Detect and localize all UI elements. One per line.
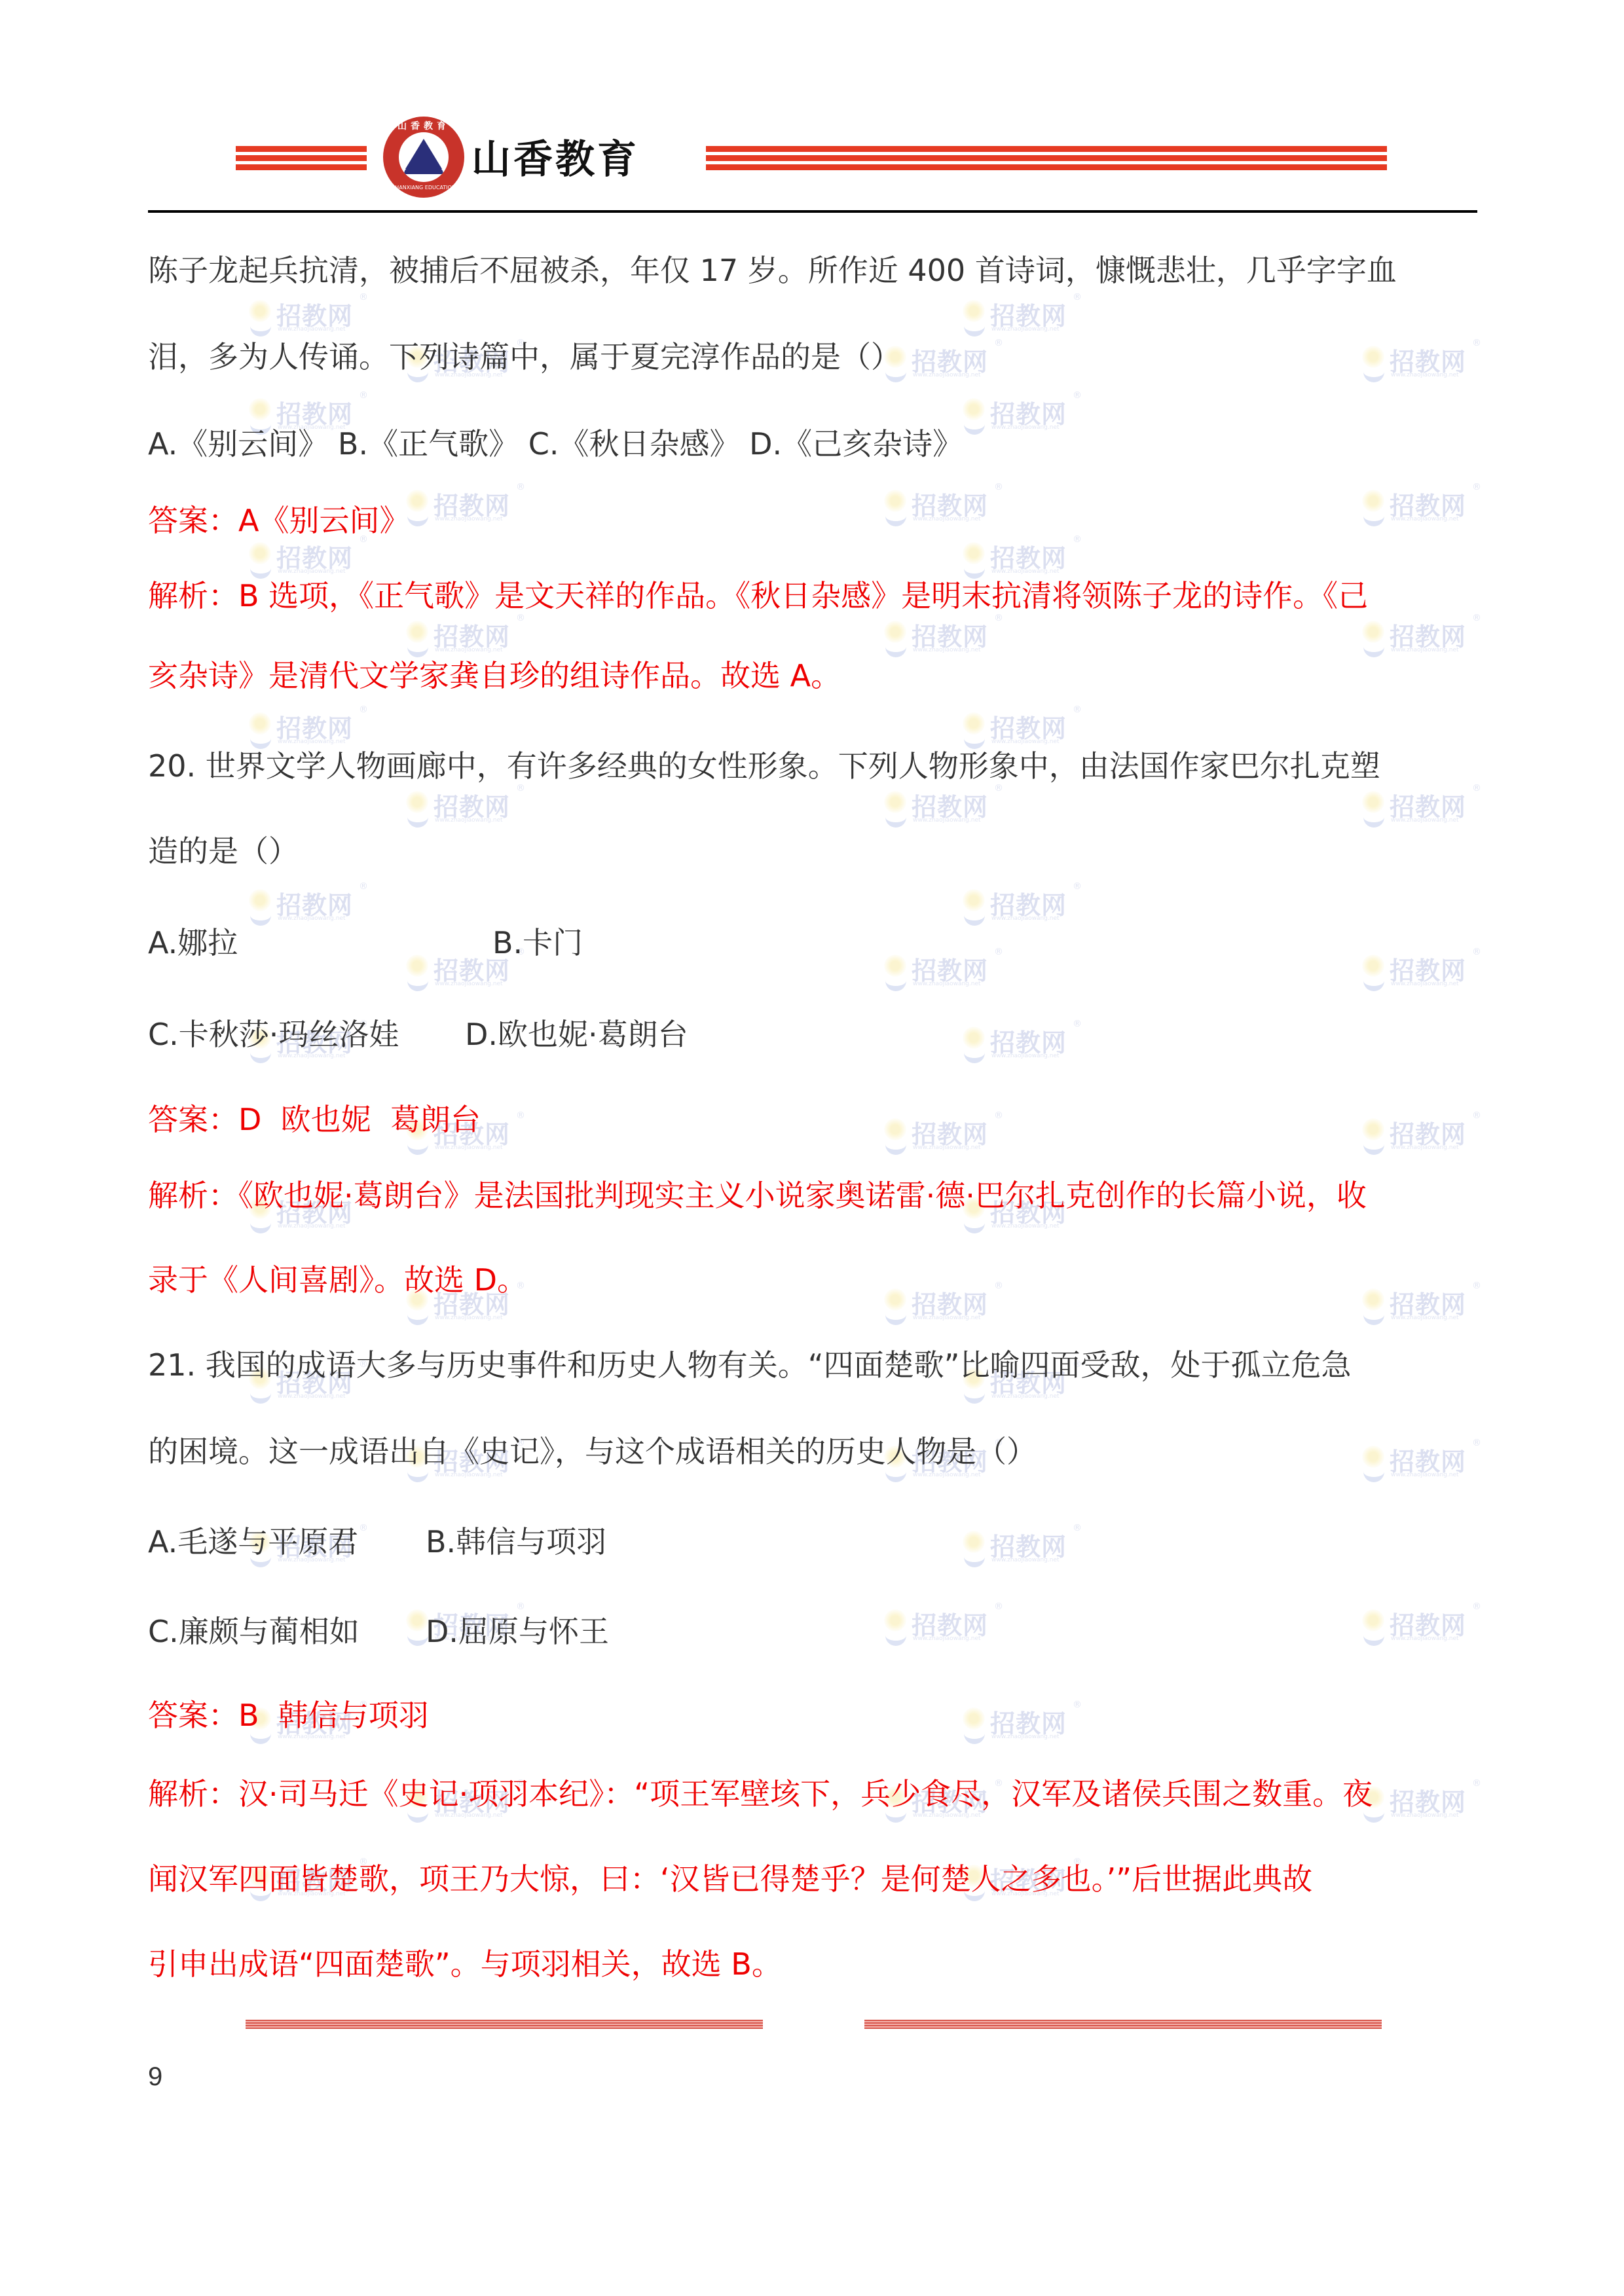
sun-icon bbox=[963, 1531, 985, 1553]
watermark-url: www.zhaojiaowang.net bbox=[991, 424, 1060, 431]
watermark-url: www.zhaojiaowang.net bbox=[913, 1144, 981, 1151]
leaf-icon bbox=[964, 556, 985, 579]
q21-analysis-line-1: 解析：汉·司马迁《史记·项羽本纪》：“项王军壁垓下，兵少食尽，汉军及诸侯兵围之数… bbox=[148, 1774, 1373, 1813]
watermark-url: www.zhaojiaowang.net bbox=[913, 1635, 981, 1642]
logo-emblem bbox=[399, 132, 449, 182]
watermark-text: 招教网 bbox=[990, 538, 1067, 574]
watermark-url: www.zhaojiaowang.net bbox=[1391, 1144, 1459, 1151]
watermark-text: 招教网 bbox=[276, 538, 353, 574]
footer-stripe-left bbox=[246, 2020, 763, 2029]
leaf-icon bbox=[964, 1722, 985, 1744]
leaf-icon bbox=[407, 504, 428, 526]
sun-icon bbox=[249, 712, 271, 735]
watermark-url: www.zhaojiaowang.net bbox=[278, 1223, 346, 1230]
q20-analysis-line-2: 录于《人间喜剧》。故选 D。 bbox=[148, 1260, 527, 1300]
watermark-logo: 招教网®www.zhaojiaowang.net bbox=[1362, 1113, 1493, 1159]
registered-icon: ® bbox=[516, 482, 525, 492]
q19-stem-line-2: 泪，多为人传诵。下列诗篇中，属于夏完淳作品的是（） bbox=[148, 337, 901, 376]
watermark-url: www.zhaojiaowang.net bbox=[913, 1315, 981, 1321]
leaf-icon bbox=[885, 1303, 906, 1325]
q20-stem-line-2: 造的是（） bbox=[148, 831, 299, 871]
q20-analysis-line-1: 解析：《欧也妮·葛朗台》是法国批判现实主义小说家奥诺雷·德·巴尔扎克创作的长篇小… bbox=[148, 1176, 1367, 1215]
registered-icon: ® bbox=[359, 704, 368, 715]
watermark-url: www.zhaojiaowang.net bbox=[1391, 516, 1459, 522]
registered-icon: ® bbox=[994, 1281, 1003, 1291]
watermark-logo: 招教网®www.zhaojiaowang.net bbox=[406, 786, 537, 831]
watermark-url: www.zhaojiaowang.net bbox=[1391, 647, 1459, 653]
watermark-logo: 招教网®www.zhaojiaowang.net bbox=[884, 484, 1015, 530]
watermark-url: www.zhaojiaowang.net bbox=[991, 738, 1060, 745]
watermark-url: www.zhaojiaowang.net bbox=[913, 647, 981, 653]
registered-icon: ® bbox=[359, 390, 368, 401]
watermark-logo: 招教网®www.zhaojiaowang.net bbox=[1362, 1781, 1493, 1827]
q21-option-a: A.毛遂与平原君 bbox=[148, 1522, 358, 1561]
watermark-logo: 招教网®www.zhaojiaowang.net bbox=[884, 1283, 1015, 1329]
watermark-url: www.zhaojiaowang.net bbox=[991, 1223, 1060, 1230]
leaf-icon bbox=[1363, 805, 1384, 828]
watermark-text: 招教网 bbox=[1390, 1442, 1466, 1478]
sun-icon bbox=[884, 955, 906, 977]
watermark-url: www.zhaojiaowang.net bbox=[278, 1393, 346, 1400]
sun-icon bbox=[406, 955, 428, 977]
sun-icon bbox=[249, 889, 271, 911]
watermark-url: www.zhaojiaowang.net bbox=[435, 647, 503, 653]
watermark-text: 招教网 bbox=[990, 394, 1067, 430]
leaf-icon bbox=[1363, 1460, 1384, 1482]
q21-analysis-line-2: 闻汉军四面皆楚歌，项王乃大惊，曰：‘汉皆已得楚乎？是何楚人之多也。’”后世据此典… bbox=[148, 1859, 1312, 1899]
logo-ring-text: 山香教育 bbox=[383, 119, 464, 132]
watermark-text: 招教网 bbox=[912, 951, 988, 987]
watermark-url: www.zhaojiaowang.net bbox=[913, 372, 981, 378]
logo-ring-subtext: SHANXIANG EDUCATION bbox=[383, 185, 464, 191]
q21-option-c: C.廉颇与蔺相如 bbox=[148, 1612, 360, 1651]
sun-icon bbox=[1362, 955, 1384, 977]
sun-icon bbox=[249, 542, 271, 564]
leaf-icon bbox=[1363, 1624, 1384, 1646]
leaf-icon bbox=[964, 1381, 985, 1404]
watermark-text: 招教网 bbox=[276, 296, 353, 332]
q20-option-a: A.娜拉 bbox=[148, 923, 238, 962]
watermark-text: 招教网 bbox=[434, 617, 510, 653]
watermark-url: www.zhaojiaowang.net bbox=[1391, 981, 1459, 987]
watermark-text: 招教网 bbox=[1390, 486, 1466, 522]
watermark-text: 招教网 bbox=[990, 296, 1067, 332]
sun-icon bbox=[963, 712, 985, 735]
watermark-logo: 招教网®www.zhaojiaowang.net bbox=[406, 484, 537, 530]
page-number: 9 bbox=[148, 2062, 162, 2092]
leaf-icon bbox=[885, 1624, 906, 1646]
leaf-icon bbox=[250, 556, 271, 579]
q21-stem-line-1: 21. 我国的成语大多与历史事件和历史人物有关。“四面楚歌”比喻四面受敌，处于孤… bbox=[148, 1345, 1351, 1385]
watermark-url: www.zhaojiaowang.net bbox=[991, 1393, 1060, 1400]
registered-icon: ® bbox=[1073, 1523, 1082, 1533]
watermark-logo: 招教网®www.zhaojiaowang.net bbox=[1362, 786, 1493, 831]
q19-analysis-line-2: 亥杂诗》是清代文学家龚自珍的组诗作品。故选 A。 bbox=[148, 656, 841, 695]
watermark-url: www.zhaojiaowang.net bbox=[1391, 1472, 1459, 1478]
watermark-url: www.zhaojiaowang.net bbox=[991, 1734, 1060, 1740]
q20-option-c: C.卡秋莎·玛丝洛娃 bbox=[148, 1015, 399, 1054]
sun-icon bbox=[1362, 791, 1384, 813]
watermark-url: www.zhaojiaowang.net bbox=[991, 326, 1060, 333]
registered-icon: ® bbox=[1073, 292, 1082, 302]
leaf-icon bbox=[250, 727, 271, 749]
watermark-url: www.zhaojiaowang.net bbox=[435, 1144, 503, 1151]
sun-icon bbox=[406, 1609, 428, 1631]
watermark-logo: 招教网®www.zhaojiaowang.net bbox=[406, 615, 537, 661]
watermark-url: www.zhaojiaowang.net bbox=[435, 516, 503, 522]
leaf-icon bbox=[964, 727, 985, 749]
watermark-logo: 招教网®www.zhaojiaowang.net bbox=[1362, 1283, 1493, 1329]
q21-analysis-line-3: 引申出成语“四面楚歌”。与项羽相关，故选 B。 bbox=[148, 1944, 782, 1984]
q21-option-b: B.韩信与项羽 bbox=[426, 1522, 606, 1561]
watermark-text: 招教网 bbox=[990, 1527, 1067, 1563]
registered-icon: ® bbox=[994, 947, 1003, 957]
watermark-logo: 招教网®www.zhaojiaowang.net bbox=[884, 786, 1015, 831]
sun-icon bbox=[1362, 490, 1384, 512]
leaf-icon bbox=[250, 903, 271, 926]
sun-icon bbox=[406, 621, 428, 643]
brand-name: 山香教育 bbox=[471, 128, 639, 185]
sun-icon bbox=[963, 398, 985, 420]
watermark-text: 招教网 bbox=[912, 1114, 988, 1150]
watermark-logo: 招教网®www.zhaojiaowang.net bbox=[963, 1702, 1094, 1748]
leaf-icon bbox=[407, 805, 428, 828]
sun-icon bbox=[1362, 621, 1384, 643]
registered-icon: ® bbox=[1073, 1019, 1082, 1029]
watermark-logo: 招教网®www.zhaojiaowang.net bbox=[884, 340, 1015, 386]
watermark-url: www.zhaojiaowang.net bbox=[435, 981, 503, 987]
leaf-icon bbox=[1363, 504, 1384, 526]
registered-icon: ® bbox=[1073, 534, 1082, 545]
watermark-text: 招教网 bbox=[912, 1285, 988, 1321]
sun-icon bbox=[1362, 1118, 1384, 1140]
leaf-icon bbox=[885, 504, 906, 526]
watermark-url: www.zhaojiaowang.net bbox=[278, 326, 346, 333]
watermark-url: www.zhaojiaowang.net bbox=[1391, 817, 1459, 824]
header-divider bbox=[148, 210, 1477, 213]
watermark-logo: 招教网®www.zhaojiaowang.net bbox=[884, 1113, 1015, 1159]
watermark-url: www.zhaojiaowang.net bbox=[913, 817, 981, 824]
watermark-text: 招教网 bbox=[912, 617, 988, 653]
leaf-icon bbox=[885, 1133, 906, 1155]
watermark-url: www.zhaojiaowang.net bbox=[991, 1053, 1060, 1059]
watermark-url: www.zhaojiaowang.net bbox=[278, 915, 346, 922]
sun-icon bbox=[1362, 346, 1384, 368]
watermark-logo: 招教网®www.zhaojiaowang.net bbox=[884, 949, 1015, 995]
registered-icon: ® bbox=[1073, 1700, 1082, 1710]
sun-icon bbox=[963, 889, 985, 911]
watermark-text: 招教网 bbox=[1390, 617, 1466, 653]
registered-icon: ® bbox=[1472, 482, 1481, 492]
registered-icon: ® bbox=[359, 881, 368, 892]
q19-analysis-line-1: 解析：B 选项，《正气歌》是文天祥的作品。《秋日杂感》是明末抗清将领陈子龙的诗作… bbox=[148, 576, 1368, 615]
watermark-url: www.zhaojiaowang.net bbox=[1391, 372, 1459, 378]
leaf-icon bbox=[407, 969, 428, 991]
sun-icon bbox=[406, 791, 428, 813]
watermark-url: www.zhaojiaowang.net bbox=[278, 738, 346, 745]
registered-icon: ® bbox=[994, 482, 1003, 492]
registered-icon: ® bbox=[1472, 613, 1481, 623]
registered-icon: ® bbox=[1472, 1110, 1481, 1121]
watermark-url: www.zhaojiaowang.net bbox=[991, 1557, 1060, 1563]
watermark-logo: 招教网®www.zhaojiaowang.net bbox=[884, 615, 1015, 661]
watermark-url: www.zhaojiaowang.net bbox=[1391, 1315, 1459, 1321]
leaf-icon bbox=[885, 969, 906, 991]
sun-icon bbox=[884, 490, 906, 512]
watermark-logo: 招教网®www.zhaojiaowang.net bbox=[1362, 949, 1493, 995]
sun-icon bbox=[884, 791, 906, 813]
q21-answer: 答案：B 韩信与项羽 bbox=[148, 1696, 429, 1735]
watermark-url: www.zhaojiaowang.net bbox=[278, 568, 346, 575]
watermark-text: 招教网 bbox=[1390, 1782, 1466, 1818]
watermark-text: 招教网 bbox=[1390, 951, 1466, 987]
registered-icon: ® bbox=[1472, 1281, 1481, 1291]
sun-icon bbox=[1362, 1446, 1384, 1468]
leaf-icon bbox=[1363, 1133, 1384, 1155]
header-stripes-right bbox=[706, 146, 1387, 173]
watermark-text: 招教网 bbox=[434, 486, 510, 522]
sun-icon bbox=[1362, 1609, 1384, 1631]
sun-icon bbox=[963, 1027, 985, 1049]
registered-icon: ® bbox=[1472, 1778, 1481, 1789]
sun-icon bbox=[884, 1288, 906, 1311]
watermark-url: www.zhaojiaowang.net bbox=[991, 568, 1060, 575]
watermark-text: 招教网 bbox=[1390, 342, 1466, 378]
watermark-text: 招教网 bbox=[912, 787, 988, 823]
registered-icon: ® bbox=[516, 1110, 525, 1121]
leaf-icon bbox=[1363, 635, 1384, 657]
page-header: 山香教育 SHANXIANG EDUCATION 山香教育 bbox=[0, 0, 1624, 216]
watermark-url: www.zhaojiaowang.net bbox=[991, 915, 1060, 922]
q21-option-d: D.屈原与怀王 bbox=[426, 1612, 609, 1651]
watermark-logo: 招教网®www.zhaojiaowang.net bbox=[963, 393, 1094, 439]
registered-icon: ® bbox=[359, 292, 368, 302]
registered-icon: ® bbox=[1472, 338, 1481, 348]
registered-icon: ® bbox=[1073, 881, 1082, 892]
watermark-logo: 招教网®www.zhaojiaowang.net bbox=[884, 1604, 1015, 1650]
watermark-text: 招教网 bbox=[434, 787, 510, 823]
watermark-logo: 招教网®www.zhaojiaowang.net bbox=[1362, 340, 1493, 386]
watermark-url: www.zhaojiaowang.net bbox=[435, 1315, 503, 1321]
watermark-text: 招教网 bbox=[912, 342, 988, 378]
watermark-text: 招教网 bbox=[1390, 1605, 1466, 1641]
registered-icon: ® bbox=[994, 1601, 1003, 1612]
watermark-url: www.zhaojiaowang.net bbox=[1391, 1635, 1459, 1642]
watermark-logo: 招教网®www.zhaojiaowang.net bbox=[1362, 1604, 1493, 1650]
leaf-icon bbox=[964, 1041, 985, 1063]
brand-logo: 山香教育 SHANXIANG EDUCATION bbox=[383, 117, 464, 198]
watermark-url: www.zhaojiaowang.net bbox=[435, 817, 503, 824]
sun-icon bbox=[963, 1707, 985, 1730]
watermark-text: 招教网 bbox=[912, 1605, 988, 1641]
registered-icon: ® bbox=[994, 338, 1003, 348]
q20-option-b: B.卡门 bbox=[492, 923, 583, 962]
watermark-url: www.zhaojiaowang.net bbox=[1391, 1812, 1459, 1819]
leaf-icon bbox=[964, 412, 985, 435]
leaf-icon bbox=[964, 1545, 985, 1567]
sun-icon bbox=[884, 621, 906, 643]
leaf-icon bbox=[407, 635, 428, 657]
registered-icon: ® bbox=[1472, 1438, 1481, 1448]
watermark-text: 招教网 bbox=[990, 1704, 1067, 1740]
sun-icon bbox=[1362, 1288, 1384, 1311]
leaf-icon bbox=[964, 314, 985, 337]
watermark-logo: 招教网®www.zhaojiaowang.net bbox=[963, 884, 1094, 930]
leaf-icon bbox=[407, 1303, 428, 1325]
water-icon bbox=[404, 166, 443, 174]
watermark-logo: 招教网®www.zhaojiaowang.net bbox=[249, 884, 380, 930]
sun-icon bbox=[963, 300, 985, 322]
watermark-logo: 招教网®www.zhaojiaowang.net bbox=[249, 295, 380, 340]
leaf-icon bbox=[964, 903, 985, 926]
watermark-text: 招教网 bbox=[912, 486, 988, 522]
q20-option-d: D.欧也妮·葛朗台 bbox=[465, 1015, 688, 1054]
watermark-text: 招教网 bbox=[990, 708, 1067, 744]
registered-icon: ® bbox=[359, 1523, 368, 1533]
sun-icon bbox=[249, 398, 271, 420]
watermark-url: www.zhaojiaowang.net bbox=[913, 1472, 981, 1478]
watermark-text: 招教网 bbox=[1390, 787, 1466, 823]
q20-stem-line-1: 20. 世界文学人物画廊中，有许多经典的女性形象。下列人物形象中，由法国作家巴尔… bbox=[148, 746, 1380, 786]
leaf-icon bbox=[1363, 969, 1384, 991]
registered-icon: ® bbox=[516, 1601, 525, 1612]
leaf-icon bbox=[250, 314, 271, 337]
watermark-url: www.zhaojiaowang.net bbox=[913, 516, 981, 522]
footer-stripe-right bbox=[864, 2020, 1382, 2029]
watermark-text: 招教网 bbox=[990, 885, 1067, 921]
leaf-icon bbox=[1363, 360, 1384, 382]
watermark-text: 招教网 bbox=[276, 708, 353, 744]
q21-stem-line-2: 的困境。这一成语出自《史记》，与这个成语相关的历史人物是（） bbox=[148, 1432, 1037, 1471]
watermark-text: 招教网 bbox=[1390, 1114, 1466, 1150]
watermark-logo: 招教网®www.zhaojiaowang.net bbox=[1362, 1440, 1493, 1486]
q19-stem-line-1: 陈子龙起兵抗清，被捕后不屈被杀，年仅 17 岁。所作近 400 首诗词，慷慨悲壮… bbox=[148, 251, 1397, 290]
watermark-logo: 招教网®www.zhaojiaowang.net bbox=[1362, 615, 1493, 661]
q20-answer: 答案：D 欧也妮 葛朗台 bbox=[148, 1100, 481, 1139]
sun-icon bbox=[249, 300, 271, 322]
registered-icon: ® bbox=[1472, 1601, 1481, 1612]
q19-answer: 答案：A《别云间》 bbox=[148, 501, 409, 540]
watermark-text: 招教网 bbox=[276, 885, 353, 921]
watermark-url: www.zhaojiaowang.net bbox=[435, 1472, 503, 1478]
registered-icon: ® bbox=[1472, 947, 1481, 957]
sun-icon bbox=[884, 1118, 906, 1140]
leaf-icon bbox=[250, 1381, 271, 1404]
watermark-logo: 招教网®www.zhaojiaowang.net bbox=[963, 1021, 1094, 1067]
registered-icon: ® bbox=[1073, 704, 1082, 715]
sun-icon bbox=[963, 542, 985, 564]
registered-icon: ® bbox=[1472, 783, 1481, 793]
watermark-logo: 招教网®www.zhaojiaowang.net bbox=[963, 295, 1094, 340]
watermark-text: 招教网 bbox=[1390, 1285, 1466, 1321]
watermark-text: 招教网 bbox=[990, 1023, 1067, 1059]
leaf-icon bbox=[885, 805, 906, 828]
registered-icon: ® bbox=[1073, 390, 1082, 401]
watermark-logo: 招教网®www.zhaojiaowang.net bbox=[963, 1525, 1094, 1571]
watermark-logo: 招教网®www.zhaojiaowang.net bbox=[1362, 484, 1493, 530]
watermark-url: www.zhaojiaowang.net bbox=[913, 981, 981, 987]
q19-options: A.《别云间》 B.《正气歌》 C.《秋日杂感》 D.《己亥杂诗》 bbox=[148, 424, 963, 464]
leaf-icon bbox=[1363, 1303, 1384, 1325]
sun-icon bbox=[884, 1609, 906, 1631]
leaf-icon bbox=[885, 635, 906, 657]
header-stripes-left bbox=[236, 146, 367, 173]
mountain-icon bbox=[405, 139, 442, 169]
registered-icon: ® bbox=[994, 1110, 1003, 1121]
